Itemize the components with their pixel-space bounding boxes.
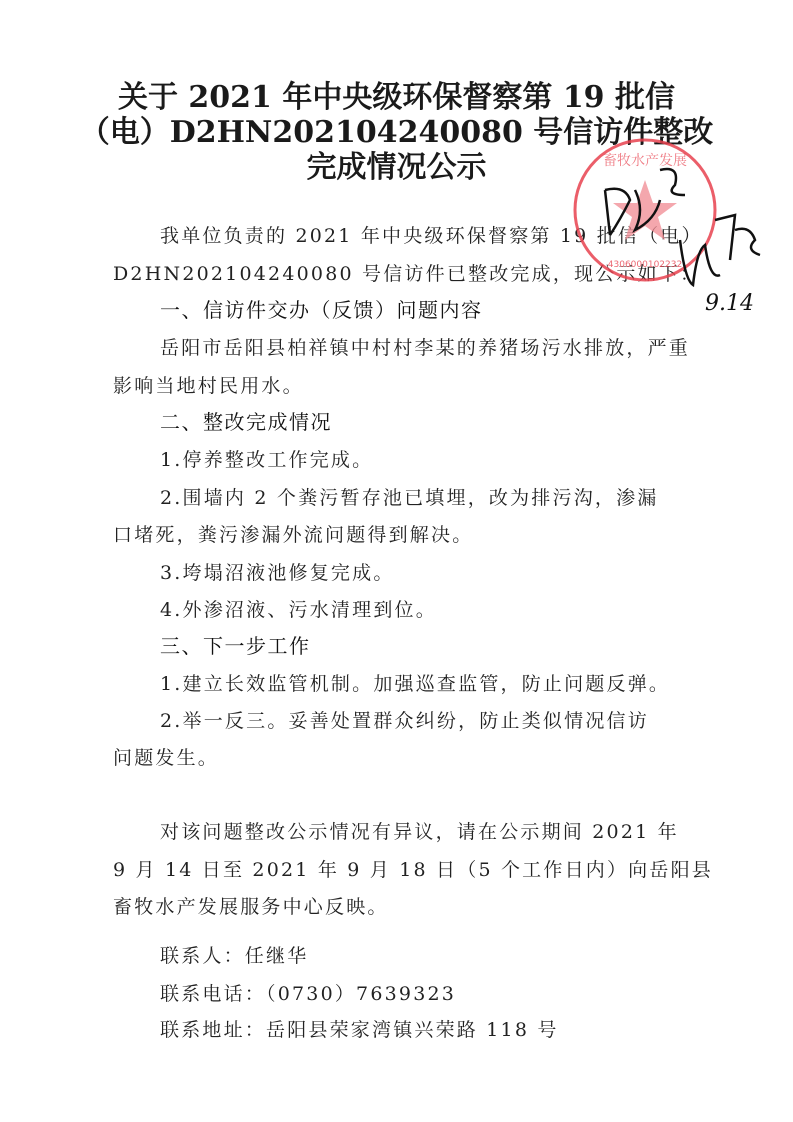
section-3-item-2: 2.举一反三。妥善处置群众纠纷，防止类似情况信访 [160,709,649,733]
section-2-item-1: 1.停养整改工作完成。 [160,448,373,472]
objection-line-2: 9 月 14 日至 2021 年 9 月 18 日（5 个工作日内）向岳阳县 [113,858,713,882]
contact-phone: 联系电话：（0730）7639323 [160,982,456,1006]
section-1-body-2: 影响当地村民用水。 [113,374,304,398]
section-1-heading: 一、信访件交办（反馈）问题内容 [160,298,483,322]
handwritten-signature-icon: 9.14 [585,150,775,320]
section-3-item-2-cont: 问题发生。 [113,746,219,770]
section-2-item-4: 4.外渗沼液、污水清理到位。 [160,598,437,622]
objection-line-3: 畜牧水产发展服务中心反映。 [113,895,389,919]
svg-text:9.14: 9.14 [705,291,754,316]
objection-line-1: 对该问题整改公示情况有异议，请在公示期间 2021 年 [160,820,679,844]
contact-person: 联系人：任继华 [160,944,308,968]
section-2-heading: 二、整改完成情况 [160,410,332,434]
section-2-item-3: 3.垮塌沼液池修复完成。 [160,561,395,585]
document-page: 关于 2021 年中央级环保督察第 19 批信 （电）D2HN202104240… [0,0,793,1122]
section-2-item-2-cont: 口堵死，粪污渗漏外流问题得到解决。 [113,523,473,547]
section-3-item-1: 1.建立长效监管机制。加强巡查监管，防止问题反弹。 [160,672,670,696]
section-1-body-1: 岳阳市岳阳县柏祥镇中村村李某的养猪场污水排放，严重 [160,336,690,360]
contact-address: 联系地址：岳阳县荣家湾镇兴荣路 118 号 [160,1018,559,1042]
title-line-1: 关于 2021 年中央级环保督察第 19 批信 [0,80,793,116]
section-2-item-2: 2.围墙内 2 个粪污暂存池已填埋，改为排污沟，渗漏 [160,486,659,510]
section-3-heading: 三、下一步工作 [160,634,311,658]
